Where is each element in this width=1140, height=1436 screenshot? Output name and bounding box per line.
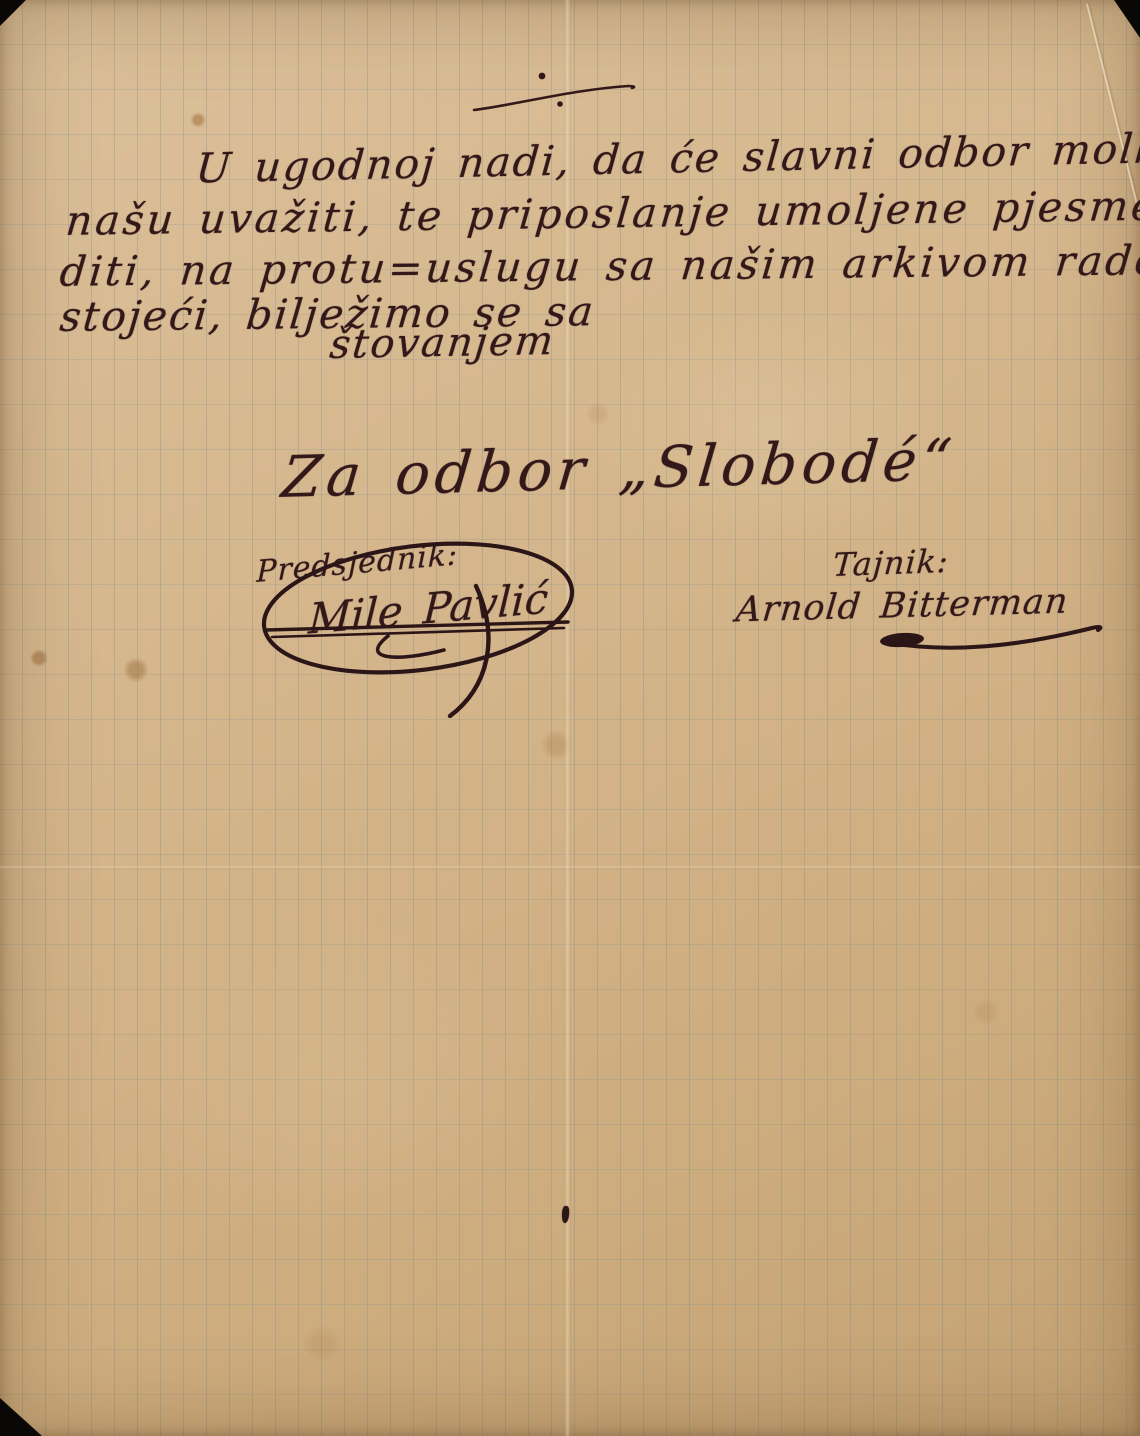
letter-line-3: diti, na protu=uslugu sa našim arkivom r… — [58, 236, 1140, 296]
valediction: štovanjem — [328, 318, 558, 368]
secretary-title: Tajnik: — [832, 542, 950, 584]
president-signature-flourish-icon — [238, 528, 638, 728]
secretary-underline-flourish-icon — [860, 606, 1120, 666]
committee-line: Za odbor „Slobodé“ — [279, 427, 959, 511]
horizontal-fold-crease — [0, 866, 1140, 870]
paper-sheet: U ugodnoj nadi, da će slavni odbor molbu… — [0, 0, 1140, 1436]
letter-line-1: U ugodnoj nadi, da će slavni odbor molbu — [194, 124, 1140, 193]
flourish-divider-icon — [460, 62, 650, 122]
